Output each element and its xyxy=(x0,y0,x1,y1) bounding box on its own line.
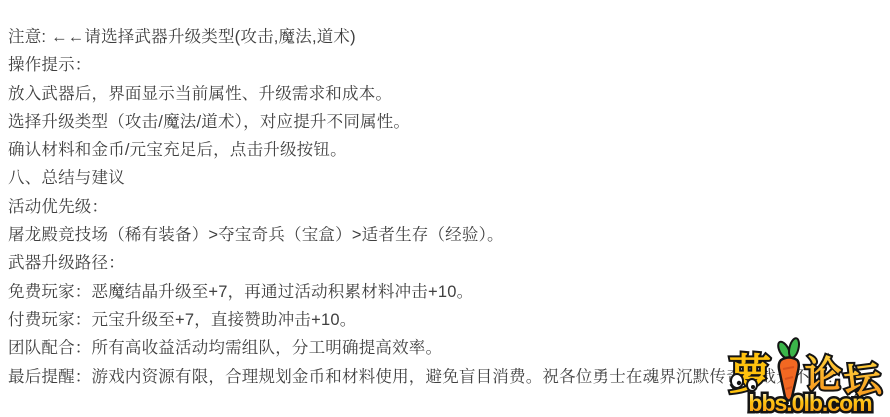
text-line: 确认材料和金币/元宝充足后，点击升级按钮。 xyxy=(8,136,886,164)
text-line: 活动优先级： xyxy=(8,193,886,221)
section-heading: 八、总结与建议 xyxy=(8,164,886,192)
text-line: 最后提醒：游戏内资源有限，合理规划金币和材料使用，避免盲目消费。祝各位勇士在魂界… xyxy=(8,363,886,391)
forum-url: bbs.0lb.com xyxy=(748,390,872,416)
text-line: 注意: ←←请选择武器升级类型(攻击,魔法,道术) xyxy=(8,23,886,51)
text-line: 屠龙殿竞技场（稀有装备）>夺宝奇兵（宝盒）>适者生存（经验）。 xyxy=(8,221,886,249)
text-line: 选择升级类型（攻击/魔法/道术），对应提升不同属性。 xyxy=(8,108,886,136)
text-line: 团队配合：所有高收益活动均需组队，分工明确提高效率。 xyxy=(8,334,886,362)
article-text: 注意: ←←请选择武器升级类型(攻击,魔法,道术) 操作提示： 放入武器后，界面… xyxy=(8,23,886,391)
article-page: 注意: ←←请选择武器升级类型(攻击,魔法,道术) 操作提示： 放入武器后，界面… xyxy=(0,0,890,417)
text-line: 免费玩家：恶魔结晶升级至+7，再通过活动积累材料冲击+10。 xyxy=(8,278,886,306)
text-line: 付费玩家：元宝升级至+7，直接赞助冲击+10。 xyxy=(8,306,886,334)
text-line: 武器升级路径： xyxy=(8,249,886,277)
text-line: 操作提示： xyxy=(8,51,886,79)
text-line: 放入武器后，界面显示当前属性、升级需求和成本。 xyxy=(8,80,886,108)
